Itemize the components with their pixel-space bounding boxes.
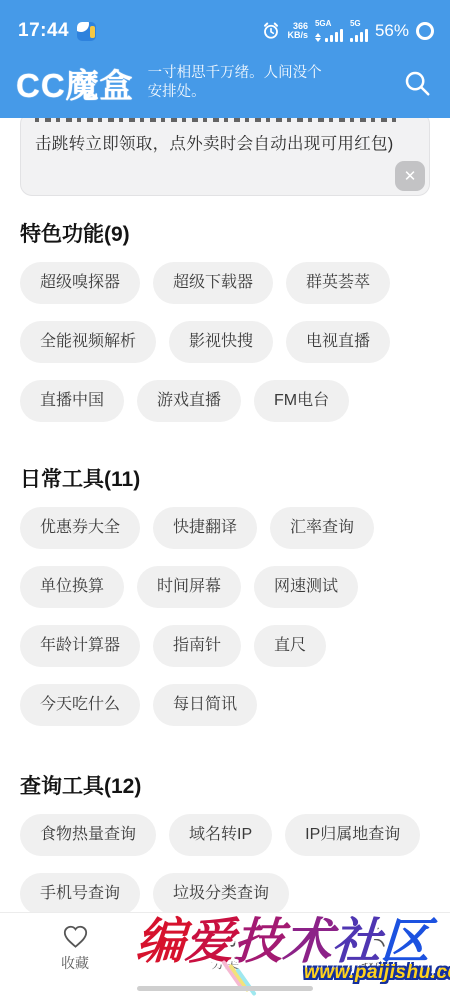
notice-box: 击跳转立即领取，点外卖时会自动出现可用红包) ✕ <box>20 112 430 196</box>
app-header: CC魔盒 一寸相思千万绪。人间没个安排处。 <box>0 56 450 118</box>
top-blue-area: 17:44 366 KB/s 5GA 5G <box>0 0 450 118</box>
signal-sim1: 5GA <box>315 20 343 42</box>
tool-pill[interactable]: IP归属地查询 <box>285 814 420 856</box>
pill-list: 优惠券大全 快捷翻译 汇率查询 单位换算 时间屏幕 网速测试 年龄计算器 指南针… <box>20 507 432 726</box>
tab-label: 分类 <box>211 953 239 973</box>
section-daily-tools: 日常工具(11) 优惠券大全 快捷翻译 汇率查询 单位换算 时间屏幕 网速测试 … <box>0 467 450 726</box>
notice-close-button[interactable]: ✕ <box>395 161 425 191</box>
tool-pill[interactable]: 全能视频解析 <box>20 321 156 363</box>
search-icon <box>402 68 432 98</box>
section-title: 查询工具(12) <box>0 774 450 800</box>
pill-list: 超级嗅探器 超级下载器 群英荟萃 全能视频解析 影视快搜 电视直播 直播中国 游… <box>20 262 432 422</box>
close-icon: ✕ <box>404 167 417 185</box>
tool-pill[interactable]: 直播中国 <box>20 380 124 422</box>
tab-label: 我的 <box>361 953 389 973</box>
heart-icon <box>62 924 89 949</box>
tool-pill[interactable]: 影视快搜 <box>169 321 273 363</box>
pill-list: 食物热量查询 域名转IP IP归属地查询 手机号查询 垃圾分类查询 <box>20 814 432 915</box>
signal-sim2: 5G <box>350 20 368 42</box>
tool-pill[interactable]: 超级下载器 <box>153 262 273 304</box>
section-query-tools: 查询工具(12) 食物热量查询 域名转IP IP归属地查询 手机号查询 垃圾分类… <box>0 774 450 915</box>
tool-pill[interactable]: 域名转IP <box>169 814 272 856</box>
notice-text: 击跳转立即领取，点外卖时会自动出现可用红包) <box>35 130 415 154</box>
sim2-network-type: 5G <box>350 20 361 28</box>
header-tagline: 一寸相思千万绪。人间没个安排处。 <box>148 64 328 102</box>
tab-profile[interactable]: 我的 <box>300 913 450 1000</box>
tool-pill[interactable]: 汇率查询 <box>270 507 374 549</box>
tool-pill[interactable]: 超级嗅探器 <box>20 262 140 304</box>
status-bar: 17:44 366 KB/s 5GA 5G <box>0 0 450 56</box>
section-title: 日常工具(11) <box>0 467 450 493</box>
network-speed-unit: KB/s <box>287 30 308 40</box>
tool-pill[interactable]: 网速测试 <box>254 566 358 608</box>
tool-pill[interactable]: 单位换算 <box>20 566 124 608</box>
section-title: 特色功能(9) <box>0 222 450 248</box>
tool-pill[interactable]: FM电台 <box>254 380 349 422</box>
sim1-signal-bars-icon <box>315 29 343 42</box>
sim2-signal-bars-icon <box>350 29 368 42</box>
network-speed: 366 KB/s <box>287 22 308 40</box>
tool-pill[interactable]: 优惠券大全 <box>20 507 140 549</box>
clock-time: 17:44 <box>18 20 69 42</box>
notification-app-icon <box>77 22 96 41</box>
tool-pill[interactable]: 食物热量查询 <box>20 814 156 856</box>
tool-pill[interactable]: 游戏直播 <box>137 380 241 422</box>
battery-percent: 56% <box>375 21 409 41</box>
tool-pill[interactable]: 今天吃什么 <box>20 684 140 726</box>
tool-pill[interactable]: 指南针 <box>153 625 241 667</box>
tool-pill[interactable]: 每日简讯 <box>153 684 257 726</box>
tool-pill[interactable]: 年龄计算器 <box>20 625 140 667</box>
alarm-icon <box>262 22 280 40</box>
tool-pill[interactable]: 电视直播 <box>286 321 390 363</box>
tool-pill[interactable]: 时间屏幕 <box>137 566 241 608</box>
grid-icon <box>212 924 238 949</box>
search-button[interactable] <box>402 68 432 98</box>
section-featured: 特色功能(9) 超级嗅探器 超级下载器 群英荟萃 全能视频解析 影视快搜 电视直… <box>0 222 450 422</box>
tool-pill[interactable]: 手机号查询 <box>20 873 140 915</box>
battery-ring-icon <box>416 22 434 40</box>
tool-pill[interactable]: 群英荟萃 <box>286 262 390 304</box>
person-icon <box>362 924 388 949</box>
home-indicator-bar[interactable] <box>137 986 313 991</box>
tab-favorites[interactable]: 收藏 <box>0 913 150 1000</box>
app-logo: CC魔盒 <box>16 60 134 107</box>
data-arrows-icon <box>315 33 321 42</box>
tab-label: 收藏 <box>61 953 89 973</box>
notification-app-icon-accent <box>90 26 95 38</box>
tool-pill[interactable]: 快捷翻译 <box>153 507 257 549</box>
tool-pill[interactable]: 垃圾分类查询 <box>153 873 289 915</box>
tool-pill[interactable]: 直尺 <box>254 625 326 667</box>
sim1-network-type: 5GA <box>315 20 331 28</box>
notification-app-icon-shape <box>77 22 89 32</box>
status-bar-right: 366 KB/s 5GA 5G 56% <box>262 20 434 42</box>
